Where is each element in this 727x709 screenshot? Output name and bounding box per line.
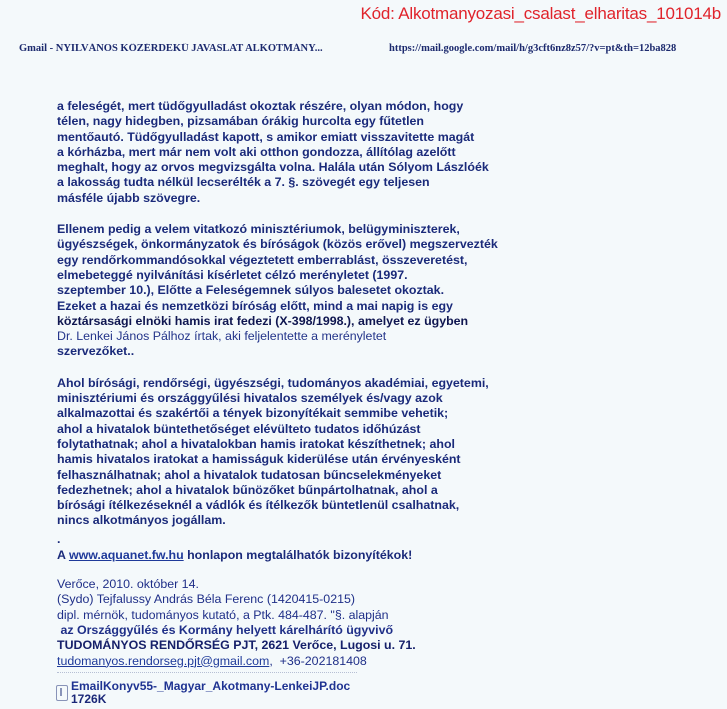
paragraph-line: Ellenem pedig a velem vitatkozó miniszté… (57, 222, 487, 237)
paragraph-line: szervezőket.. (57, 344, 487, 359)
signature-phone: , +36-202181408 (269, 654, 367, 668)
signature-role: az Országgyűlés és Kormány helyett kárel… (57, 623, 487, 638)
evidence-block: . A www.aquanet.fw.hu honlapon megtalálh… (57, 533, 487, 563)
attachment[interactable]: EmailKonyv55-_Magyar_Akotmany-LenkeiJP.d… (56, 680, 350, 706)
paragraph-line: Dr. Lenkei János Pálhoz írtak, aki felje… (57, 329, 487, 344)
paragraph-line: nincs alkotmányos jogállam. (57, 513, 487, 528)
paragraph-line: felhasználhatnak; ahol a hivatalok tudat… (57, 468, 487, 483)
aquanet-link[interactable]: www.aquanet.fw.hu (69, 548, 184, 562)
signature-title: dipl. mérnök, tudományos kutató, a Ptk. … (57, 608, 487, 623)
paragraph-line: alkalmazottai és szakértői a tények bizo… (57, 406, 487, 421)
paragraph-line: Ezeket a hazai és nemzetközi bíróság elő… (57, 299, 487, 314)
evidence-line: A www.aquanet.fw.hu honlapon megtalálhat… (57, 548, 487, 563)
paragraph-line: bírósági ítélkezéseknél a vádlók és ítél… (57, 498, 487, 513)
document-code-label: Kód: Alkotmanyozasi_csalast_elharitas_10… (360, 4, 721, 24)
paragraph-line: minisztériumi és országgyűlési hivatalos… (57, 391, 487, 406)
attachment-divider (57, 672, 357, 673)
signature-block: Verőce, 2010. október 14. (Sydo) Tejfalu… (57, 577, 487, 669)
paragraph-line: köztársasági elnöki hamis irat fedezi (X… (57, 314, 487, 329)
paragraph-wife-death: a feleségét, mert tüdőgyulladást okoztak… (57, 99, 487, 206)
paragraph-line: folytathatnak; ahol a hivatalokban hamis… (57, 437, 487, 452)
paragraph-line: ahol a hivatalok büntethetőséget elévült… (57, 422, 487, 437)
signature-organization: TUDOMÁNYOS RENDŐRSÉG PJT, 2621 Verőce, L… (57, 638, 487, 653)
paragraph-line: meghalt, hogy az orvos megvizsgálta voln… (57, 160, 487, 175)
paragraph-line: télen, nagy hidegben, pizsamában órákig … (57, 114, 487, 129)
attachment-document-icon (56, 685, 68, 701)
signature-contact: tudomanyos.rendorseg.pjt@gmail.com, +36-… (57, 654, 487, 669)
paragraph-line: elmebeteggé nyilvánítási kísérletet célz… (57, 268, 487, 283)
email-url: https://mail.google.com/mail/h/g3cft6nz8… (389, 43, 676, 54)
paragraph-line: a feleségét, mert tüdőgyulladást okoztak… (57, 99, 487, 114)
paragraph-assassination-attempt: Ellenem pedig a velem vitatkozó miniszté… (57, 222, 487, 360)
email-body: a feleségét, mert tüdőgyulladást okoztak… (57, 99, 487, 669)
paragraph-line: a lakosság tudta nélkül lecserélték a 7.… (57, 175, 487, 190)
signature-date: Verőce, 2010. október 14. (57, 577, 487, 592)
attachment-size: 1726K (71, 693, 350, 706)
paragraph-line: ügyészségek, önkormányzatok és bíróságok… (57, 237, 487, 252)
paragraph-line: fedezhetnek; ahol a hivatalok bűnözőket … (57, 483, 487, 498)
signature-email-link[interactable]: tudomanyos.rendorseg.pjt@gmail.com (57, 654, 269, 668)
paragraph-line: hamis hivatalos iratokat a hamisságuk ki… (57, 452, 487, 467)
paragraph-line: szeptember 10.), Előtte a Feleségemnek s… (57, 283, 487, 298)
paragraph-line: másféle újabb szövegre. (57, 191, 487, 206)
paragraph-line: egy rendőrkommandósokkal végeztetett emb… (57, 253, 487, 268)
print-header: Gmail - NYILVÁNOS KÖZÉRDEKŰ JAVASLAT ALK… (19, 43, 727, 54)
evidence-prefix: A (57, 548, 69, 562)
attachment-filename-link[interactable]: EmailKonyv55-_Magyar_Akotmany-LenkeiJP.d… (71, 680, 350, 693)
evidence-suffix: honlapon megtalálhatók bizonyítékok! (184, 548, 413, 562)
paragraph-line: Ahol bírósági, rendőrségi, ügyészségi, t… (57, 376, 487, 391)
paragraph-line: mentőautó. Tüdőgyulladást kapott, s amik… (57, 130, 487, 145)
separator-dot: . (57, 533, 487, 548)
email-subject-title: Gmail - NYILVÁNOS KÖZÉRDEKŰ JAVASLAT ALK… (19, 43, 323, 54)
signature-name: (Sydo) Tejfalussy András Béla Ferenc (14… (57, 592, 487, 607)
paragraph-line: a kórházba, mert már nem volt aki otthon… (57, 145, 487, 160)
paragraph-rule-of-law: Ahol bírósági, rendőrségi, ügyészségi, t… (57, 376, 487, 529)
